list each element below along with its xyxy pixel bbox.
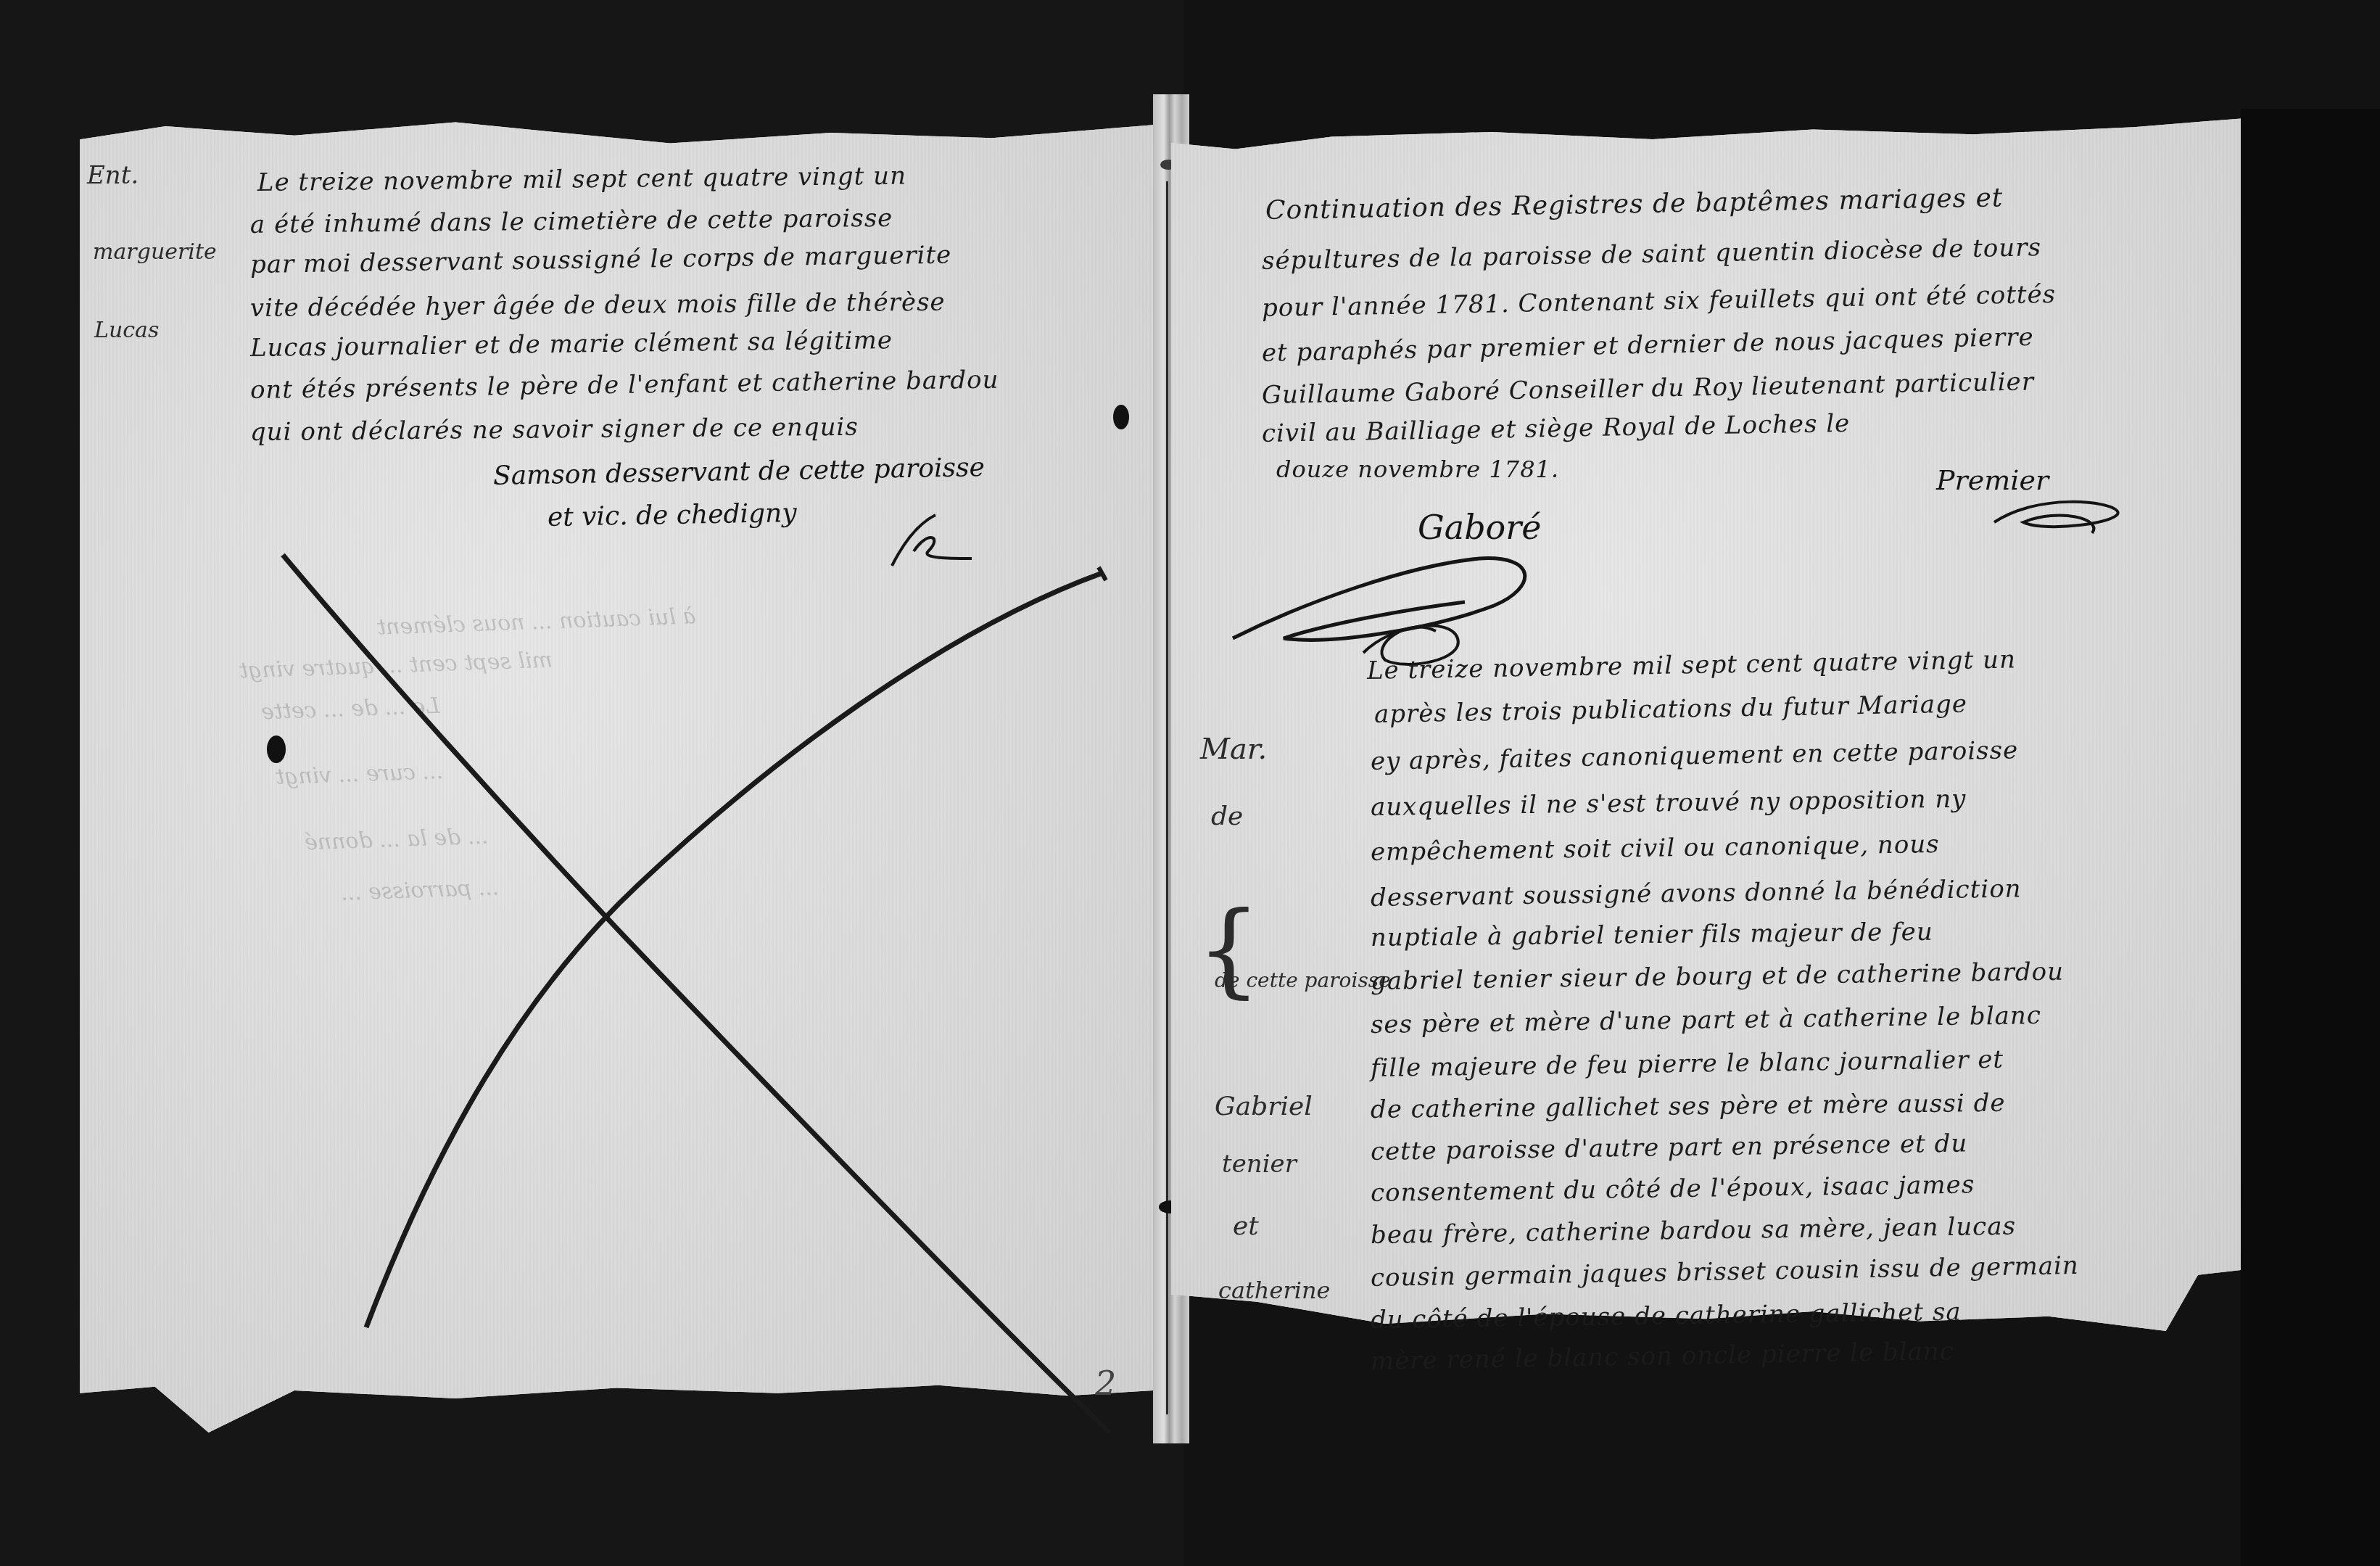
scan-background-edge <box>2241 109 2380 1566</box>
binding-thread <box>1166 181 1168 1414</box>
entry-line: qui ont déclarés ne savoir signer de ce … <box>250 413 859 447</box>
signature-vicaire: et vic. de chedigny <box>548 498 797 532</box>
margin-note-ent: Ent. <box>87 161 139 190</box>
signature-paraph-icon <box>870 508 1001 573</box>
margin-note-gabriel: Gabriel <box>1215 1092 1313 1121</box>
page-corner-mark: 2 <box>1095 1364 1116 1403</box>
margin-note-mar: Mar. <box>1200 733 1267 766</box>
margin-note-et: et <box>1233 1211 1259 1241</box>
ink-blot <box>267 735 286 763</box>
margin-note-catherine: catherine <box>1218 1277 1330 1304</box>
signature-paraph-icon <box>1936 479 2168 544</box>
header-line: douze novembre 1781. <box>1276 456 1559 483</box>
margin-note-tenier: tenier <box>1222 1150 1297 1179</box>
margin-note-de: de <box>1211 801 1243 831</box>
ink-blot <box>1113 405 1129 429</box>
margin-note-lucas: Lucas <box>94 318 159 343</box>
entry-line: vite décédée hyer âgée de deux mois fill… <box>250 288 946 323</box>
margin-note-de-cette-paroisse: de cette paroisse <box>1215 968 1391 992</box>
entry-line: nuptiale à gabriel tenier fils majeur de… <box>1371 918 1933 952</box>
margin-note-marguerite: marguerite <box>93 239 217 265</box>
